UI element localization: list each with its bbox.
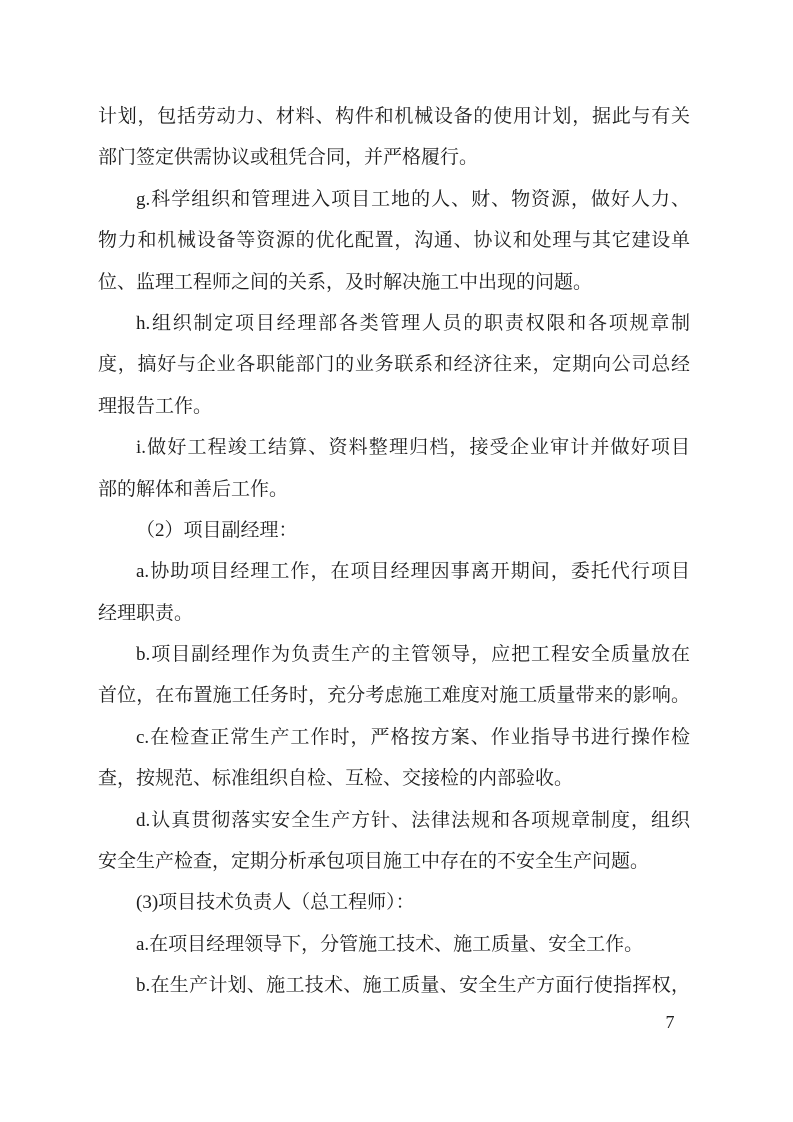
text-line: （2）项目副经理： [98,510,690,551]
text-line: 经理职责。 [98,593,690,634]
text-line: a.协助项目经理工作，在项目经理因事离开期间，委托代行项目 [98,551,690,592]
text-line: 物力和机械设备等资源的优化配置，沟通、协议和处理与其它建设单 [98,220,690,261]
text-line: i.做好工程竣工结算、资料整理归档，接受企业审计并做好项目 [98,427,690,468]
page-number: 7 [654,1009,686,1035]
text-line: 计划，包括劳动力、材料、构件和机械设备的使用计划，据此与有关 [98,96,690,137]
text-line: 部门签定供需协议或租凭合同，并严格履行。 [98,137,690,178]
text-line: 部的解体和善后工作。 [98,469,690,510]
text-line: 查，按规范、标准组织自检、互检、交接检的内部验收。 [98,758,690,799]
text-line: b.在生产计划、施工技术、施工质量、安全生产方面行使指挥权， [98,965,690,1006]
text-line: b.项目副经理作为负责生产的主管领导，应把工程安全质量放在 [98,634,690,675]
text-line: 位、监理工程师之间的关系，及时解决施工中出现的问题。 [98,262,690,303]
text-line: c.在检查正常生产工作时，严格按方案、作业指导书进行操作检 [98,717,690,758]
text-line: 安全生产检查，定期分析承包项目施工中存在的不安全生产问题。 [98,841,690,882]
document-page: 计划，包括劳动力、材料、构件和机械设备的使用计划，据此与有关部门签定供需协议或租… [0,0,793,1122]
text-line: g.科学组织和管理进入项目工地的人、财、物资源，做好人力、 [98,179,690,220]
text-line: 度，搞好与企业各职能部门的业务联系和经济往来，定期向公司总经 [98,344,690,385]
text-line: h.组织制定项目经理部各类管理人员的职责权限和各项规章制 [98,303,690,344]
text-line: 首位，在布置施工任务时，充分考虑施工难度对施工质量带来的影响。 [98,675,690,716]
text-block: 计划，包括劳动力、材料、构件和机械设备的使用计划，据此与有关部门签定供需协议或租… [98,96,690,1007]
text-line: d.认真贯彻落实安全生产方针、法律法规和各项规章制度，组织 [98,800,690,841]
text-line: 理报告工作。 [98,386,690,427]
text-line: a.在项目经理领导下，分管施工技术、施工质量、安全工作。 [98,924,690,965]
text-line: (3)项目技术负责人（总工程师）： [98,882,690,923]
